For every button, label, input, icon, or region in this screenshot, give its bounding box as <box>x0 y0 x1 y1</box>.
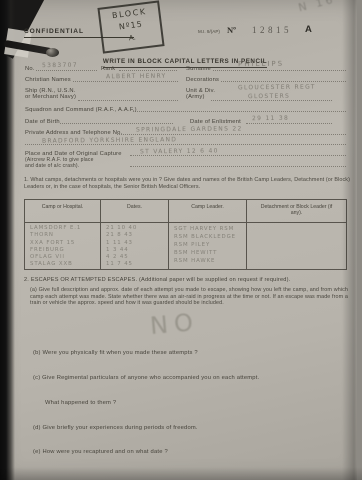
field-capture-label-line3: and date of a/c crash). <box>25 163 79 169</box>
camps-table-body: LAMSDORF E.1 THORN XXA FORT 15 FREIBURG … <box>25 223 346 269</box>
series-letter: A <box>305 24 312 35</box>
col-header-camp: Camp or Hospital. <box>25 200 101 222</box>
field-christian-names-label: Christian Names <box>25 77 71 83</box>
field-address-value-line2: BRADFORD YORKSHIRE ENGLAND <box>42 136 177 144</box>
camp-column-entries: LAMSDORF E.1 THORN XXA FORT 15 FREIBURG … <box>25 223 101 269</box>
field-christian-names-value: ALBERT HENRY <box>106 73 167 81</box>
field-squadron-label: Squadron and Command (R.A.F., A.A.F.) <box>25 107 137 113</box>
treasury-tag-head <box>46 48 59 57</box>
field-no-line <box>36 69 97 71</box>
detachment-column-empty <box>247 223 346 269</box>
pencil-corner-note: N 16 <box>297 0 337 14</box>
pow-questionnaire-scan: CONFIDENTIAL BLOCK Nº15 A. M.I. 9/(AP) N… <box>0 0 362 480</box>
camps-table-header: Camp or Hospital. Dates. Camp Leader. De… <box>25 200 346 223</box>
field-no-value: 5383707 <box>42 62 78 69</box>
field-ship-line <box>78 99 178 101</box>
field-decorations-label: Decorations <box>186 77 219 83</box>
field-enlistment-value: 29 11 38 <box>252 115 289 122</box>
field-enlistment-line <box>246 122 332 124</box>
field-unit-value-line1: GLOUCESTER REGT <box>238 84 316 92</box>
binding-edge <box>0 0 15 480</box>
field-surname-label: Surname <box>186 66 211 72</box>
leader-column-entries: SGT HARVEY RSM RSM BLACKLEDGE RSM PILEY … <box>169 223 247 269</box>
field-address-label: Private Address and Telephone No. <box>25 130 122 136</box>
field-enlistment-label: Date of Enlistment <box>190 119 241 125</box>
field-unit-value-line2: GLOSTERS <box>248 93 290 100</box>
photo-right-edge <box>357 0 362 480</box>
field-rank-line <box>119 69 177 71</box>
form-reference: M.I. 9/(AP) <box>198 29 220 34</box>
photo-bottom-shadow <box>0 467 362 480</box>
col-header-detachment: Detachment or Block Leader (if any). <box>247 200 346 222</box>
field-capture-line2 <box>130 165 346 167</box>
pencil-answer-no: NO <box>149 308 200 340</box>
question-2e-text: (e) How were you recaptured and on what … <box>33 449 168 455</box>
camps-table: Camp or Hospital. Dates. Camp Leader. De… <box>24 199 347 270</box>
question-2a-text: (a) Give full description and approx. da… <box>30 287 348 307</box>
field-surname-value: PHILLIPS <box>238 60 284 68</box>
field-address-value-line1: SPRINGDALE GARDENS 22 <box>136 125 243 133</box>
field-no-label: No. <box>25 66 35 72</box>
col-header-leader: Camp Leader. <box>169 200 247 222</box>
col-header-dates: Dates. <box>101 200 169 222</box>
question-2d-text: (d) Give briefly your experiences during… <box>33 425 198 431</box>
question-2-heading: 2. ESCAPES OR ATTEMPTED ESCAPES. (Additi… <box>24 277 290 283</box>
field-christian-names-line <box>73 80 178 82</box>
field-unit-label-line2: (Army) <box>186 94 205 100</box>
question-2b-text: (b) Were you physically fit when you mad… <box>33 350 198 356</box>
page-curl-shadow <box>342 0 357 480</box>
field-decorations-line <box>221 80 346 82</box>
dates-column-entries: 21 10 40 21 8 43 1 11 43 1 3 44 4 2 45 1… <box>101 223 169 269</box>
question-1-text: 1. What camps, detachments or hospitals … <box>24 177 350 190</box>
block-stamp: BLOCK Nº15 A. <box>97 0 164 53</box>
question-2c2-text: What happened to them ? <box>45 400 116 406</box>
question-2c-text: (c) Give Regimental particulars of anyon… <box>33 375 259 381</box>
field-rank-label: Rank <box>101 66 115 72</box>
field-dob-line <box>60 122 173 124</box>
field-surname-line <box>213 69 346 71</box>
field-ship-label-line2: or Merchant Navy) <box>25 94 76 100</box>
serial-number: 12815 <box>252 25 292 35</box>
field-capture-value: ST VALERY 12 6 40 <box>140 148 219 156</box>
field-dob-label: Date of Birth <box>25 119 60 125</box>
serial-no-label: Nº <box>227 25 236 35</box>
field-squadron-line <box>133 110 346 112</box>
